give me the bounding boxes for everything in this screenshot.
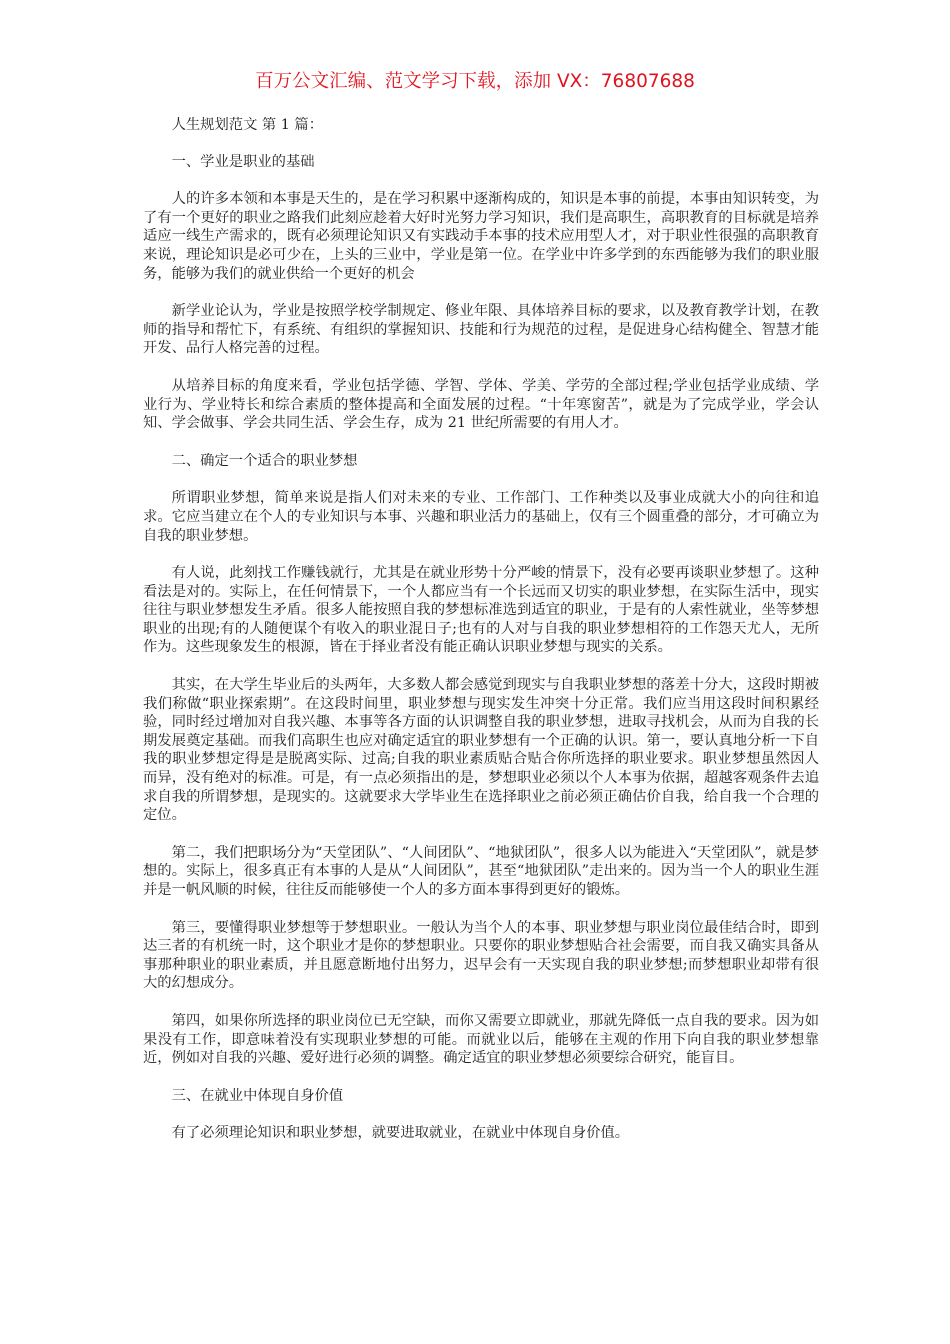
paragraph: 第二，我们把职场分为“天堂团队”、“人间团队”、“地狱团队”，很多人以为能进入“… <box>143 844 819 900</box>
paragraph: 人的许多本领和本事是天生的，是在学习积累中逐渐构成的，知识是本事的前提，本事由知… <box>143 190 819 283</box>
paragraph: 有人说，此刻找工作赚钱就行，尤其是在就业形势十分严峻的情景下，没有必要再谈职业梦… <box>143 564 819 657</box>
paragraph: 第四，如果你所选择的职业岗位已无空缺，而你又需要立即就业，那就先降低一点自我的要… <box>143 1012 819 1068</box>
section-heading-3: 三、在就业中体现自身价值 <box>143 1087 819 1106</box>
paragraph: 其实，在大学生毕业后的头两年，大多数人都会感觉到现实与自我职业梦想的落差十分大，… <box>143 676 819 825</box>
paragraph: 有了必须理论知识和职业梦想，就要进取就业，在就业中体现自身价值。 <box>143 1124 819 1143</box>
paragraph: 新学业论认为，学业是按照学校学制规定、修业年限、具体培养目标的要求，以及教育教学… <box>143 302 819 358</box>
document-body: 人生规划范文 第 1 篇： 一、学业是职业的基础 人的许多本领和本事是天生的，是… <box>143 116 819 1143</box>
section-heading-1: 一、学业是职业的基础 <box>143 153 819 172</box>
paragraph: 所谓职业梦想，简单来说是指人们对未来的专业、工作部门、工作种类以及事业成就大小的… <box>143 489 819 545</box>
document-title: 人生规划范文 第 1 篇： <box>143 116 819 135</box>
paragraph: 第三，要懂得职业梦想等于梦想职业。一般认为当个人的本事、职业梦想与职业岗位最佳结… <box>143 919 819 993</box>
document-page: 百万公文汇编、范文学习下载，添加 VX：76807688 人生规划范文 第 1 … <box>0 0 950 1344</box>
section-heading-2: 二、确定一个适合的职业梦想 <box>143 452 819 471</box>
promo-banner: 百万公文汇编、范文学习下载，添加 VX：76807688 <box>0 70 950 94</box>
paragraph: 从培养目标的角度来看，学业包括学德、学智、学体、学美、学劳的全部过程;学业包括学… <box>143 377 819 433</box>
